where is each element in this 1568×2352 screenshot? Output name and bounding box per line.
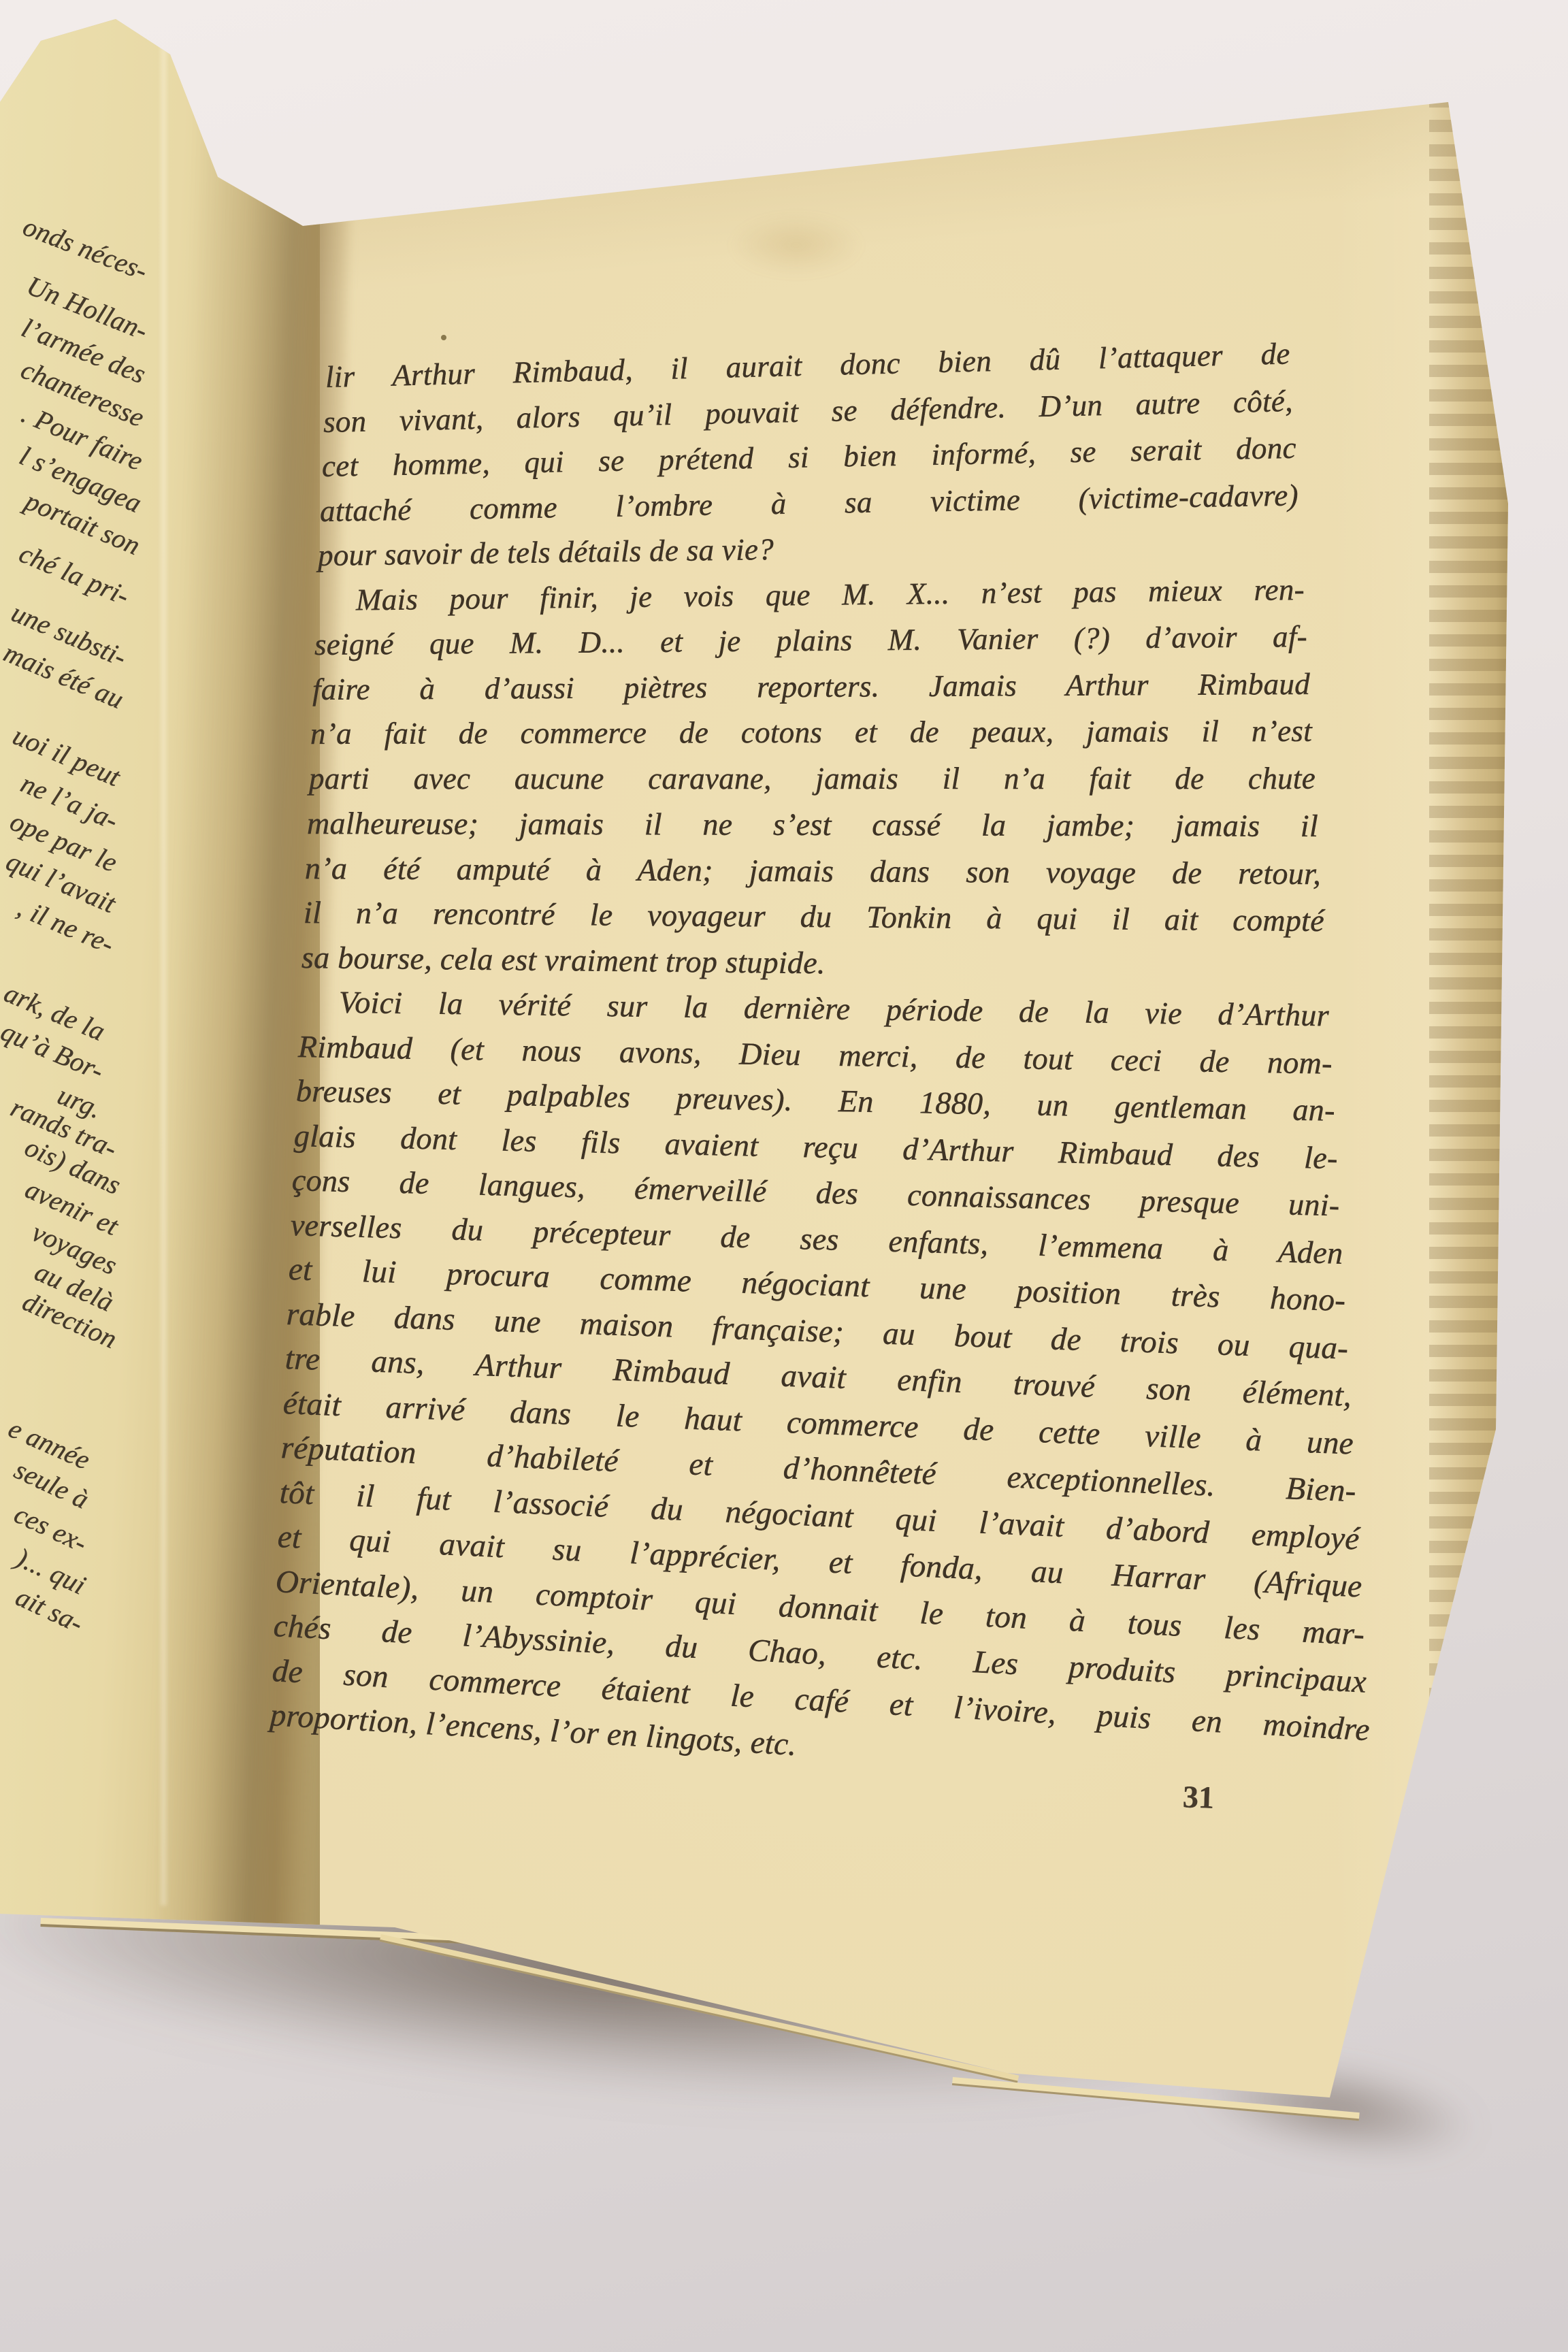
text-line: pour savoir de tels détails de sa vie? (318, 527, 1301, 571)
text-line: son vivant, alors qu’il pouvait se défen… (323, 386, 1294, 438)
text-line: malheureuse; jamais il ne s’est cassé la… (307, 808, 1318, 842)
text-line: seigné que M. D... et je plains M. Vanie… (314, 621, 1307, 660)
text-line: il n’a rencontré le voyageur du Tonkin à… (304, 897, 1324, 936)
text-line: n’a été amputé à Aden; jamais dans son v… (305, 853, 1321, 889)
text-line: cet homme, qui se prétend si bien inform… (322, 433, 1297, 482)
page-number: 31 (1182, 1781, 1215, 1814)
text-line: attaché comme l’ombre à sa victime (vict… (320, 480, 1299, 527)
text-line: lir Arthur Rimbaud, il aurait donc bien … (325, 338, 1290, 393)
text-line: parti avec aucune caravane, jamais il n’… (309, 764, 1316, 794)
text-line: Mais pour finir, je vois que M. X... n’e… (316, 574, 1305, 616)
text-line: breuses et palpables preuves). En 1880, … (296, 1075, 1336, 1126)
text-line: Rimbaud (et nous avons, Dieu merci, de t… (298, 1031, 1333, 1079)
text-line: faire à d’aussi piètres reporters. Jamai… (312, 669, 1310, 705)
text-line: n’a fait de commerce de cotons et de pea… (310, 716, 1312, 749)
photo-backdrop: onds néces- Un Hollan- l’armée des chant… (0, 0, 1568, 2352)
text-line: Voici la vérité sur la dernière période … (299, 986, 1329, 1031)
text-line: sa bourse, cela est vraiment trop stupid… (301, 942, 1326, 984)
page-top-edge (293, 0, 1452, 113)
